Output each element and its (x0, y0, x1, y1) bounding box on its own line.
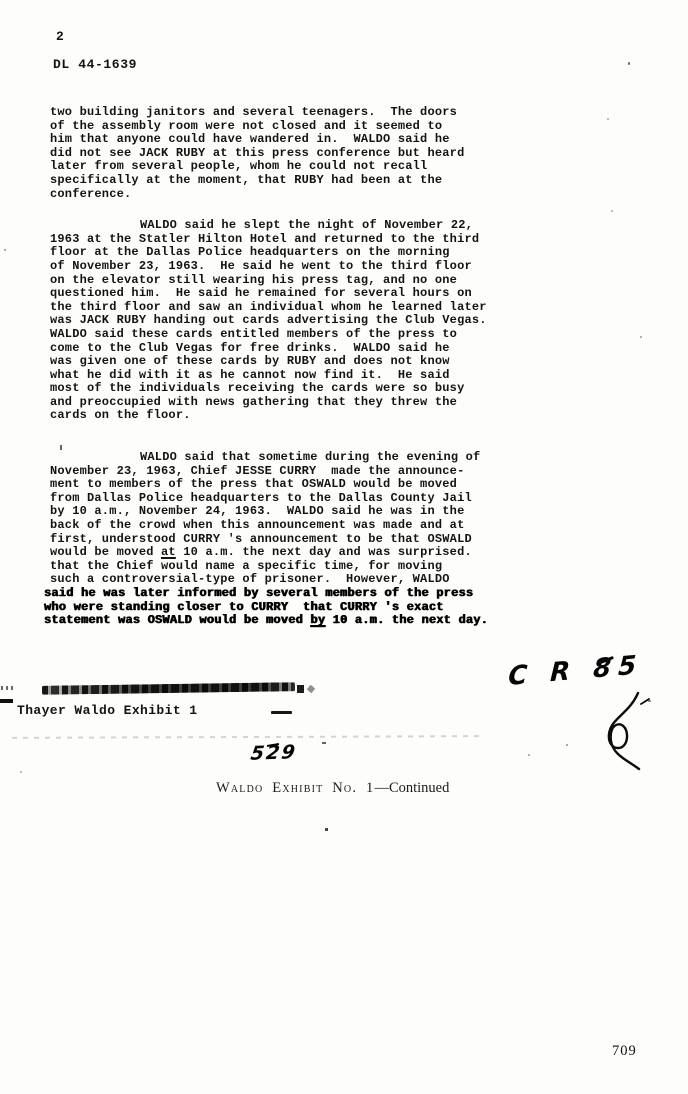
handwritten-flourish-mark (596, 688, 651, 773)
document-body: two building janitors and several teenag… (50, 106, 570, 628)
paragraph-2: WALDO said he slept the night of Novembe… (50, 219, 570, 423)
scan-speck (566, 744, 568, 746)
scan-speck (4, 249, 6, 251)
scanned-document-page: 2 DL 44-1639 two building janitors and s… (0, 0, 688, 1094)
exhibit-caption: Waldo Exhibit No. 1—Continued (216, 780, 449, 797)
handwritten-cr85-note: C R 85 (507, 650, 643, 692)
scan-speck (628, 62, 630, 65)
faint-dotted-line (12, 735, 480, 739)
smear-end-speck (307, 685, 315, 693)
smear-end-mark (297, 685, 304, 693)
page-number-bottom: 709 (612, 1043, 637, 1060)
scan-speck (325, 828, 328, 831)
scan-speck (611, 210, 613, 212)
scan-speck (20, 771, 22, 773)
scan-speck (607, 118, 609, 120)
exhibit-caption-continued: —Continued (374, 780, 449, 796)
right-dash-mark (271, 711, 292, 714)
paragraph-1: two building janitors and several teenag… (50, 106, 570, 201)
page-number-top: 2 (56, 30, 64, 44)
scan-speck (640, 336, 642, 338)
scan-speck (60, 445, 62, 450)
scan-speck (528, 754, 530, 756)
scan-speck (322, 742, 326, 744)
file-number: DL 44-1639 (53, 58, 137, 72)
margin-ink-dots (1, 686, 14, 690)
paragraph-3-continued: said he was later informed by several me… (44, 587, 570, 628)
paragraph-3: WALDO said that sometime during the even… (50, 451, 570, 587)
exhibit-caption-title: Waldo Exhibit No. 1 (216, 780, 374, 796)
left-margin-dash (0, 699, 13, 703)
smeared-stamp-line (42, 682, 295, 695)
scan-speck (648, 700, 651, 702)
exhibit-stamp-label: Thayer Waldo Exhibit 1 (17, 704, 197, 718)
